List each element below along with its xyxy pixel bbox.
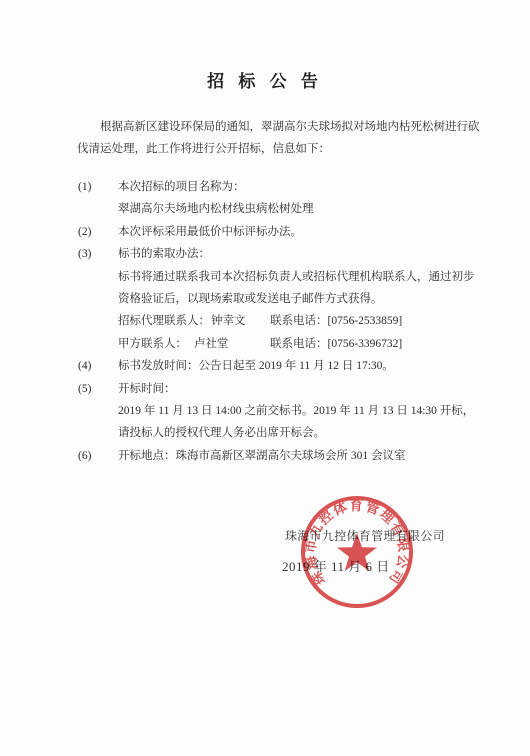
contact-label: 招标代理联系人： [118, 315, 210, 327]
item-line: 资格验证后，以现场索取或发送电子邮件方式获得。 [118, 288, 470, 310]
contact-row: 招标代理联系人： 钟幸文 联系电话：[0756-2533859] [118, 310, 470, 332]
item-line: 2019 年 11 月 13 日 14:00 之前交标书。2019 年 11 月… [118, 400, 470, 422]
item-line: 翠湖高尔夫场地内松材线虫病松树处理 [118, 198, 470, 220]
list-item: (6) 开标地点：珠海市高新区翠湖高尔夫球场会所 301 会议室 [78, 445, 470, 467]
item-line: 本次招标的项目名称为： [118, 176, 470, 198]
list-item: (1) 本次招标的项目名称为： 翠湖高尔夫场地内松材线虫病松树处理 [78, 176, 470, 221]
item-line: 标书发放时间：公告日起至 2019 年 11 月 12 日 17:30。 [118, 355, 470, 377]
issue-date: 2019 年 11 月 6 日 [282, 559, 390, 574]
contact-phone: 联系电话：[0756-2533859] [270, 310, 402, 332]
tender-item-list: (1) 本次招标的项目名称为： 翠湖高尔夫场地内松材线虫病松树处理 (2) 本次… [78, 176, 470, 467]
intro-line: 根据高新区建设环保局的通知，翠湖高尔夫球场拟对场地内枯死松树进行砍 [77, 117, 457, 139]
item-line: 本次评标采用最低价中标评标办法。 [118, 221, 470, 243]
intro-line: 伐清运处理，此工作将进行公开招标，信息如下： [77, 139, 457, 161]
contact-phone: 联系电话：[0756-3396732] [270, 333, 402, 355]
item-number: (3) [78, 243, 118, 355]
contact-name: 钟幸文 [211, 310, 246, 332]
item-line: 开标地点：珠海市高新区翠湖高尔夫球场会所 301 会议室 [118, 445, 470, 467]
item-line: 标书将通过联系我司本次招标负责人或招标代理机构联系人，通过初步 [118, 266, 470, 288]
contact-label: 甲方联系人： [118, 338, 187, 350]
list-item: (5) 开标时间： 2019 年 11 月 13 日 14:00 之前交标书。2… [78, 378, 470, 445]
list-item: (3) 标书的索取办法： 标书将通过联系我司本次招标负责人或招标代理机构联系人，… [78, 243, 470, 355]
contact-row: 甲方联系人： 卢社堂 联系电话：[0756-3396732] [118, 333, 470, 355]
item-number: (6) [78, 445, 118, 467]
seal-border-circle [303, 498, 411, 606]
item-number: (4) [78, 355, 118, 377]
list-item: (2) 本次评标采用最低价中标评标办法。 [78, 221, 470, 243]
contact-name: 卢社堂 [194, 333, 229, 355]
contact-phone-label: 联系电话： [270, 338, 328, 350]
list-item: (4) 标书发放时间：公告日起至 2019 年 11 月 12 日 17:30。 [78, 355, 470, 377]
page-title: 招 标 公 告 [0, 67, 530, 92]
contact-phone-number: [0756-3396732] [328, 338, 403, 350]
item-number: (5) [78, 378, 118, 445]
item-line: 请投标人的授权代理人务必出席开标会。 [118, 422, 470, 444]
contact-phone-number: [0756-2533859] [328, 315, 403, 327]
tender-announcement-page: 招 标 公 告 根据高新区建设环保局的通知，翠湖高尔夫球场拟对场地内枯死松树进行… [0, 0, 530, 756]
item-line: 标书的索取办法： [118, 243, 470, 265]
item-line: 开标时间： [118, 378, 470, 400]
item-number: (1) [78, 176, 118, 221]
company-name: 珠海市九控体育管理有限公司 [285, 529, 445, 544]
company-seal-stamp: 珠海市九控体育管理有限公司 [292, 487, 422, 617]
contact-phone-label: 联系电话： [270, 315, 328, 327]
intro-paragraph: 根据高新区建设环保局的通知，翠湖高尔夫球场拟对场地内枯死松树进行砍 伐清运处理，… [77, 117, 457, 160]
item-number: (2) [78, 221, 118, 243]
